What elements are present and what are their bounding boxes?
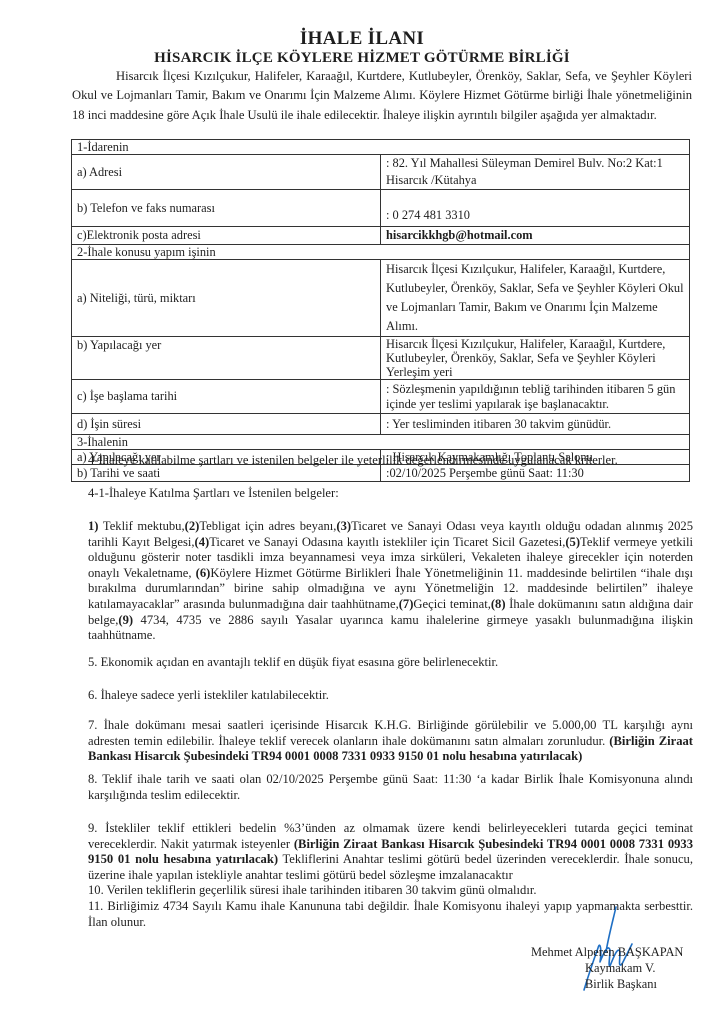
field-label: a) Niteliği, türü, miktarı (72, 260, 381, 337)
field-value: : 82. Yıl Mahallesi Süleyman Demirel Bul… (381, 155, 690, 190)
clause-7: 7. İhale dokümanı mesai saatleri içerisi… (88, 718, 693, 765)
document-text: Teklif mektubu, (99, 519, 185, 533)
table-row: 3-İhalenin (72, 435, 690, 450)
tender-details-table: 1-İdarenin a) Adresi : 82. Yıl Mahallesi… (71, 139, 690, 482)
document-number: 1) (88, 519, 99, 533)
clause-6: 6. İhaleye sadece yerli istekliler katıl… (88, 688, 693, 704)
table-row: c)Elektronik posta adresi hisarcikkhgb@h… (72, 227, 690, 245)
field-label: b) Telefon ve faks numarası (72, 190, 381, 227)
document-number: (9) (118, 613, 133, 627)
page-title: İHALE İLANI (0, 28, 724, 50)
field-value: : Yer tesliminden itibaren 30 takvim gün… (381, 414, 690, 435)
section-heading: 2-İhale konusu yapım işinin (72, 245, 690, 260)
field-value: : 0 274 481 3310 (381, 190, 690, 227)
table-row: b) Yapılacağı yer Hisarcık İlçesi Kızılç… (72, 337, 690, 380)
field-value: Hisarcık İlçesi Kızılçukur, Halifeler, K… (381, 260, 690, 337)
table-row: 2-İhale konusu yapım işinin (72, 245, 690, 260)
email-link[interactable]: hisarcikkhgb@hotmail.com (381, 227, 690, 245)
document-number: (4) (195, 535, 210, 549)
signature-block: Mehmet Alperen BAŞKAPAN Kaymakam V. Birl… (531, 944, 711, 992)
clause-10: 10. Verilen tekliflerin geçerlilik süres… (88, 883, 693, 899)
document-text: Ticaret ve Sanayi Odasına kayıtlı istekl… (209, 535, 565, 549)
document-number: (6) (196, 566, 211, 580)
participation-heading: 4-1-İhaleye Katılma Şartları ve İstenile… (88, 486, 693, 502)
field-label: c) İşe başlama tarihi (72, 380, 381, 414)
clause-7-text: 7. İhale dokümanı mesai saatleri içerisi… (88, 718, 693, 748)
field-label: c)Elektronik posta adresi (72, 227, 381, 245)
section-heading: 3-İhalenin (72, 435, 690, 450)
document-number: (3) (336, 519, 351, 533)
document-number: (7) (399, 597, 414, 611)
table-row: a) Adresi : 82. Yıl Mahallesi Süleyman D… (72, 155, 690, 190)
signatory-name: Mehmet Alperen BAŞKAPAN (531, 944, 711, 960)
document-text: Geçici teminat, (413, 597, 490, 611)
clause-9: 9. İstekliler teklif ettikleri bedelin %… (88, 821, 693, 883)
field-label: d) İşin süresi (72, 414, 381, 435)
field-value: : Sözleşmenin yapıldığının tebliğ tarihi… (381, 380, 690, 414)
section-heading: 1-İdarenin (72, 140, 690, 155)
field-label: b) Yapılacağı yer (72, 337, 381, 380)
field-value: Hisarcık İlçesi Kızılçukur, Halifeler, K… (381, 337, 690, 380)
document-text: Tebligat için adres beyanı, (199, 519, 336, 533)
table-row: 1-İdarenin (72, 140, 690, 155)
signatory-role: Kaymakam V. (531, 960, 711, 976)
clause-5: 5. Ekonomik açıdan en avantajlı teklif e… (88, 655, 693, 671)
table-row: b) Telefon ve faks numarası : 0 274 481 … (72, 190, 690, 227)
required-documents: 1) Teklif mektubu,(2)Tebligat için adres… (88, 519, 693, 644)
signatory-title: Birlik Başkanı (531, 976, 711, 992)
table-row: d) İşin süresi : Yer tesliminden itibare… (72, 414, 690, 435)
organization-name: HİSARCIK İLÇE KÖYLERE HİZMET GÖTÜRME BİR… (0, 50, 724, 67)
field-label: a) Adresi (72, 155, 381, 190)
document-number: (8) (491, 597, 506, 611)
intro-paragraph: Hisarcık İlçesi Kızılçukur, Halifeler, K… (72, 67, 692, 125)
table-row: c) İşe başlama tarihi : Sözleşmenin yapı… (72, 380, 690, 414)
table-row: a) Niteliği, türü, miktarı Hisarcık İlçe… (72, 260, 690, 337)
clause-8: 8. Teklif ihale tarih ve saati olan 02/1… (88, 772, 693, 803)
document-text: 4734, 4735 ve 2886 sayılı Yasalar uyarın… (88, 613, 693, 643)
document-number: (5) (565, 535, 580, 549)
document-number: (2) (185, 519, 200, 533)
criteria-heading: 4-İhaleye katılabilme şartları ve isteni… (88, 453, 693, 469)
